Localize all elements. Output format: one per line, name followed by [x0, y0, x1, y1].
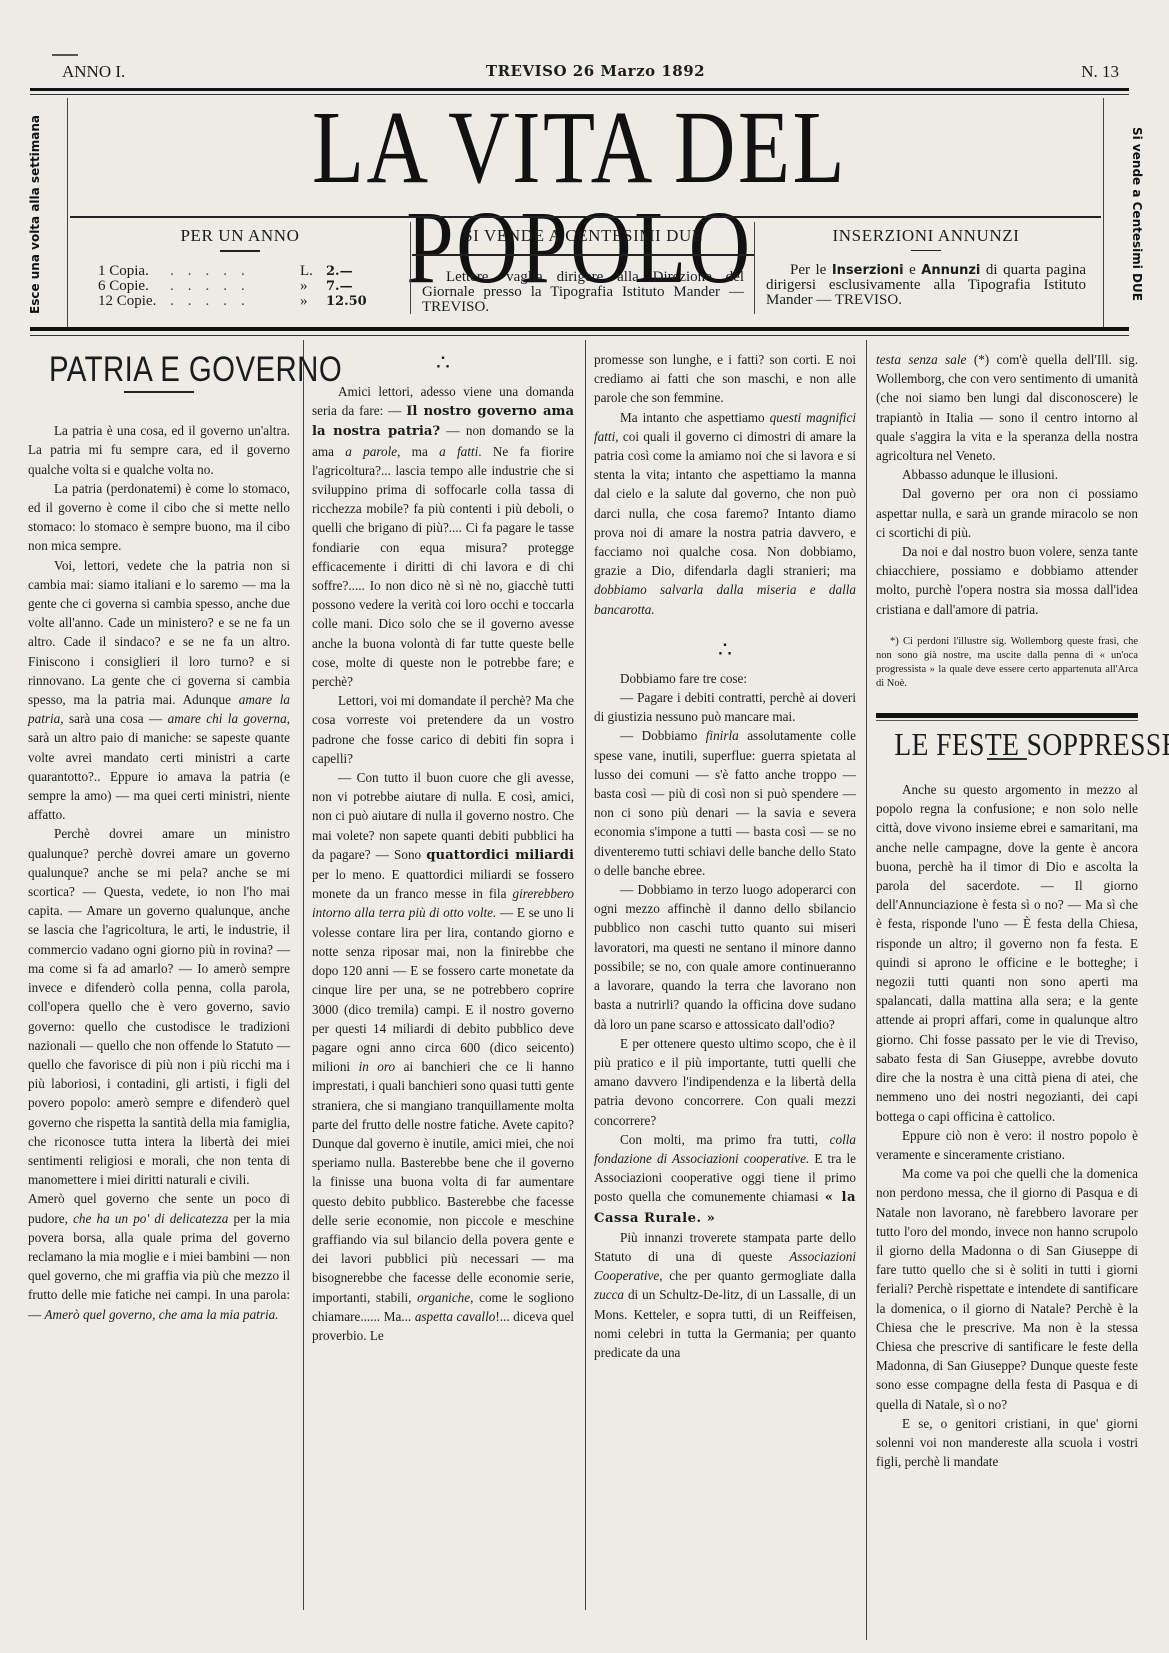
- row-value: 12.50: [326, 294, 367, 309]
- leader-dots: .....: [170, 279, 300, 294]
- leader-dots: .....: [170, 294, 300, 309]
- price-row: 6 Copie. ..... » 7.—: [70, 279, 410, 294]
- paragraph: Abbasso adunque le illusioni.: [876, 465, 1138, 484]
- ads-text: Per le Inserzioni e Annunzi di quarta pa…: [766, 263, 1086, 308]
- sale-price-heading: SI VENDE A CENTESIMI DUE: [412, 220, 754, 246]
- address-text: Lettere, vaglia dirigere alla Direzione …: [422, 270, 744, 315]
- ornament: [220, 250, 260, 252]
- paragraph: Amici lettori, adesso viene una domanda …: [312, 382, 574, 691]
- article-divider: [876, 713, 1138, 718]
- article-headline: PATRIA E GOVERNO: [49, 360, 269, 379]
- masthead-bottom-rule: [30, 327, 1129, 331]
- paragraph: Anche su questo argomento in mezzo al po…: [876, 780, 1138, 1126]
- issue-number: N. 13: [1081, 62, 1119, 82]
- ads-box: INSERZIONI ANNUNZI Per le Inserzioni e A…: [756, 220, 1096, 315]
- column-3: promesse son lunghe, e i fatti? son cort…: [594, 350, 856, 1362]
- paragraph: Più innanzi troverete stampata parte del…: [594, 1228, 856, 1362]
- paragraph: — Dobbiamo finirla assolutamente colle s…: [594, 726, 856, 880]
- heading-rule: [412, 254, 754, 256]
- row-value: 7.—: [326, 279, 353, 294]
- column-divider: [585, 340, 586, 1610]
- issue-date: TREVISO 26 Marzo 1892: [62, 62, 1129, 80]
- paragraph: E se, o genitori cristiani, in que' gior…: [876, 1414, 1138, 1472]
- column-divider: [866, 340, 867, 1640]
- headline-ornament: [124, 391, 194, 393]
- subscription-box: PER UN ANNO 1 Copia. ..... L. 2.— 6 Copi…: [70, 220, 410, 315]
- title-underline: [70, 216, 1101, 218]
- column-divider: [303, 340, 304, 1610]
- price-note: Si vende a Centesimi DUE: [1108, 100, 1144, 328]
- dateline: ANNO I. TREVISO 26 Marzo 1892 N. 13: [62, 62, 1129, 84]
- article-divider-thin: [876, 720, 1138, 721]
- row-label: 6 Copie.: [98, 279, 170, 294]
- masthead-left-border: [67, 98, 68, 330]
- paragraph: La patria (perdonatemi) è come lo stomac…: [28, 479, 290, 556]
- paragraph: E per ottenere questo ultimo scopo, che …: [594, 1034, 856, 1130]
- paragraph: Da noi e dal nostro buon volere, senza t…: [876, 542, 1138, 619]
- row-label: 12 Copie.: [98, 294, 170, 309]
- paragraph: Ma intanto che aspettiamo questi magnifi…: [594, 408, 856, 619]
- paragraph: Ma come va poi che quelli che la domenic…: [876, 1164, 1138, 1414]
- article-headline: LE FESTE SOPPRESSE: [894, 735, 1119, 754]
- address-box: SI VENDE A CENTESIMI DUE Lettere, vaglia…: [412, 220, 754, 315]
- row-value: 2.—: [326, 264, 353, 279]
- paragraph: — Pagare i debiti contratti, perchè ai d…: [594, 688, 856, 726]
- masthead-bottom-rule-thin: [30, 335, 1129, 336]
- paragraph: Dobbiamo fare tre cose:: [594, 669, 856, 688]
- masthead-right-border: [1103, 98, 1104, 330]
- box-divider: [754, 222, 755, 314]
- row-currency: L.: [300, 264, 326, 279]
- row-currency: »: [300, 279, 326, 294]
- subscription-heading: PER UN ANNO: [70, 220, 410, 246]
- paragraph: Eppure ciò non è vero: il nostro popolo …: [876, 1126, 1138, 1164]
- paragraph: testa senza sale (*) com'è quella dell'I…: [876, 350, 1138, 465]
- leader-dots: .....: [170, 264, 300, 279]
- frequency-note: Esce una volta alla settimana: [28, 100, 64, 328]
- asterism-separator: ∴: [594, 637, 856, 663]
- row-label: 1 Copia.: [98, 264, 170, 279]
- paragraph: promesse son lunghe, e i fatti? son cort…: [594, 350, 856, 408]
- corner-mark: [52, 54, 78, 56]
- footnote: *) Ci perdoni l'illustre sig. Wollemborg…: [876, 635, 1138, 691]
- column-1: PATRIA E GOVERNO La patria è una cosa, e…: [28, 352, 290, 1324]
- ornament: [911, 250, 941, 251]
- row-currency: »: [300, 294, 326, 309]
- paragraph: — Con tutto il buon cuore che gli avesse…: [312, 768, 574, 1345]
- paragraph: La patria è una cosa, ed il governo un'a…: [28, 421, 290, 479]
- box-divider: [410, 222, 411, 314]
- newspaper-page: ANNO I. TREVISO 26 Marzo 1892 N. 13 Esce…: [0, 0, 1169, 1653]
- paragraph: — Dobbiamo in terzo luogo adoperarci con…: [594, 880, 856, 1034]
- paragraph: Lettori, voi mi domandate il perchè? Ma …: [312, 691, 574, 768]
- column-2: ∴ Amici lettori, adesso viene una domand…: [312, 350, 574, 1345]
- price-row: 12 Copie. ..... » 12.50: [70, 294, 410, 309]
- paragraph: Voi, lettori, vedete che la patria non s…: [28, 556, 290, 825]
- paragraph: Con molti, ma primo fra tutti, colla fon…: [594, 1130, 856, 1228]
- asterism-separator: ∴: [312, 350, 574, 376]
- paragraph: Perchè dovrei amare un ministro qualunqu…: [28, 824, 290, 1189]
- paragraph: Dal governo per ora non ci possiamo aspe…: [876, 484, 1138, 542]
- price-row: 1 Copia. ..... L. 2.—: [70, 264, 410, 279]
- column-4: testa senza sale (*) com'è quella dell'I…: [876, 350, 1138, 1471]
- ads-heading: INSERZIONI ANNUNZI: [756, 220, 1096, 246]
- newspaper-title: LA VITA DEL POPOLO: [162, 98, 998, 198]
- paragraph: Amerò quel governo che sente un poco di …: [28, 1189, 290, 1323]
